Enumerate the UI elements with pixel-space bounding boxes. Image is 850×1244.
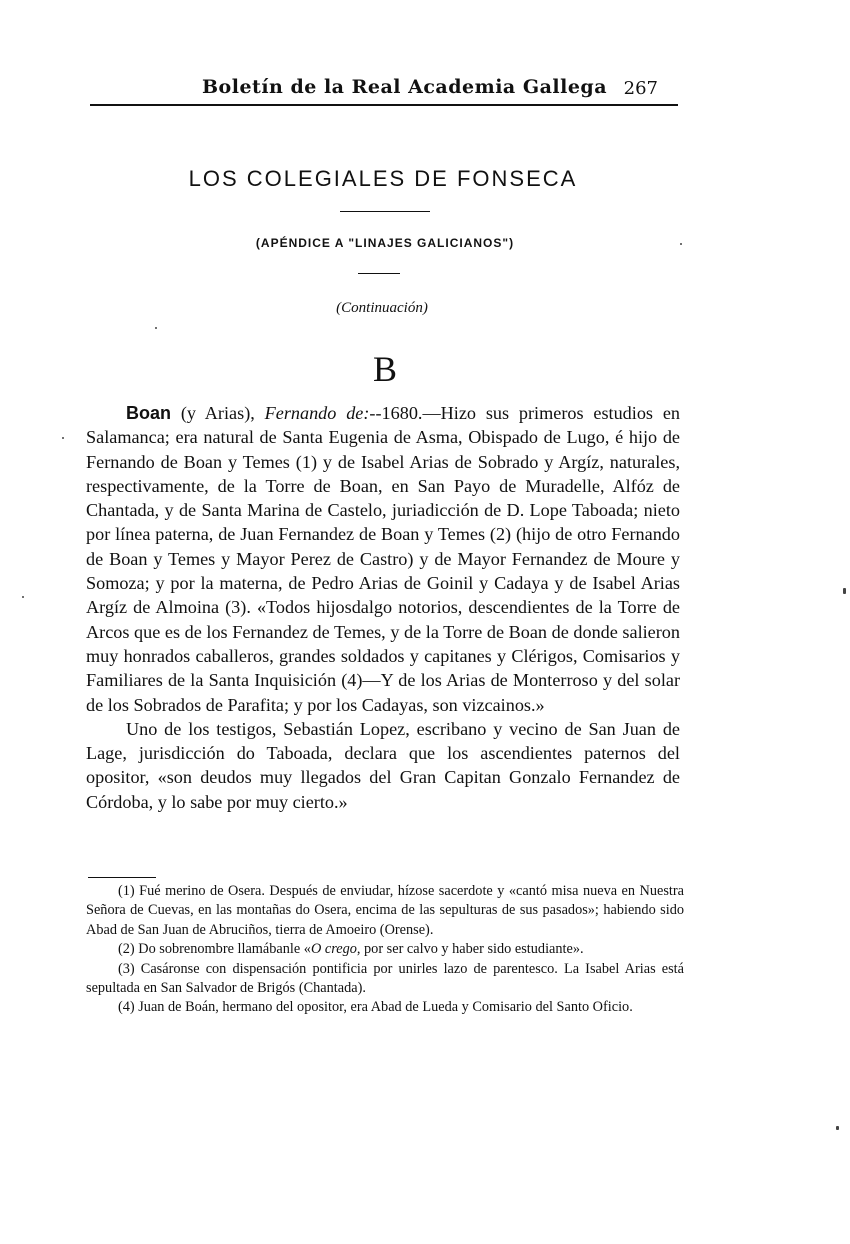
footnote-2-text: (2) Do sobrenombre llamábanle «: [118, 941, 311, 957]
footnote-1: (1) Fué merino de Osera. Después de envi…: [86, 882, 684, 940]
scan-speck: [155, 327, 157, 329]
footnote-separator: [88, 877, 156, 878]
footnotes: (1) Fué merino de Osera. Después de envi…: [86, 882, 684, 1018]
footnote-4: (4) Juan de Boán, hermano del opositor, …: [86, 998, 684, 1017]
entry-paragraph: Boan (y Arias), Fernando de:--1680.—Hizo…: [86, 401, 680, 717]
main-text: Boan (y Arias), Fernando de:--1680.—Hizo…: [86, 401, 680, 814]
entry-surname: Boan: [126, 403, 171, 423]
scan-speck: [62, 437, 64, 439]
scan-speck: [22, 596, 24, 598]
subtitle-divider: [358, 273, 400, 274]
footnote-2-text-end: , por ser calvo y haber sido estudiante»…: [357, 941, 584, 957]
witness-paragraph: Uno de los testigos, Sebastián Lopez, es…: [86, 717, 680, 814]
footnote-2: (2) Do sobrenombre llamábanle «O crego, …: [86, 940, 684, 959]
entry-text: --1680.—Hizo sus primeros estudios en Sa…: [86, 403, 680, 715]
continuation-note: (Continuación): [0, 300, 764, 317]
scan-speck: [836, 1126, 839, 1130]
footnote-2-nickname: O crego: [311, 941, 357, 957]
article-title: LOS COLEGIALES DE FONSECA: [0, 166, 766, 192]
section-letter: B: [0, 348, 770, 390]
entry-qualifier: (y Arias),: [171, 403, 265, 423]
scan-speck: [680, 243, 682, 245]
page-number: 267: [624, 78, 658, 99]
title-divider: [340, 211, 430, 212]
entry-given-name: Fernando de:: [265, 403, 370, 423]
scan-speck: [843, 588, 846, 594]
running-header: Boletín de la Real Academia Gallega 267: [90, 74, 678, 106]
journal-title: Boletín de la Real Academia Gallega: [202, 76, 607, 98]
article-subtitle: (APÉNDICE A "LINAJES GALICIANOS"): [0, 236, 770, 250]
document-page: Boletín de la Real Academia Gallega 267 …: [0, 0, 850, 1244]
footnote-3: (3) Casáronse con dispensación pontifici…: [86, 960, 684, 999]
